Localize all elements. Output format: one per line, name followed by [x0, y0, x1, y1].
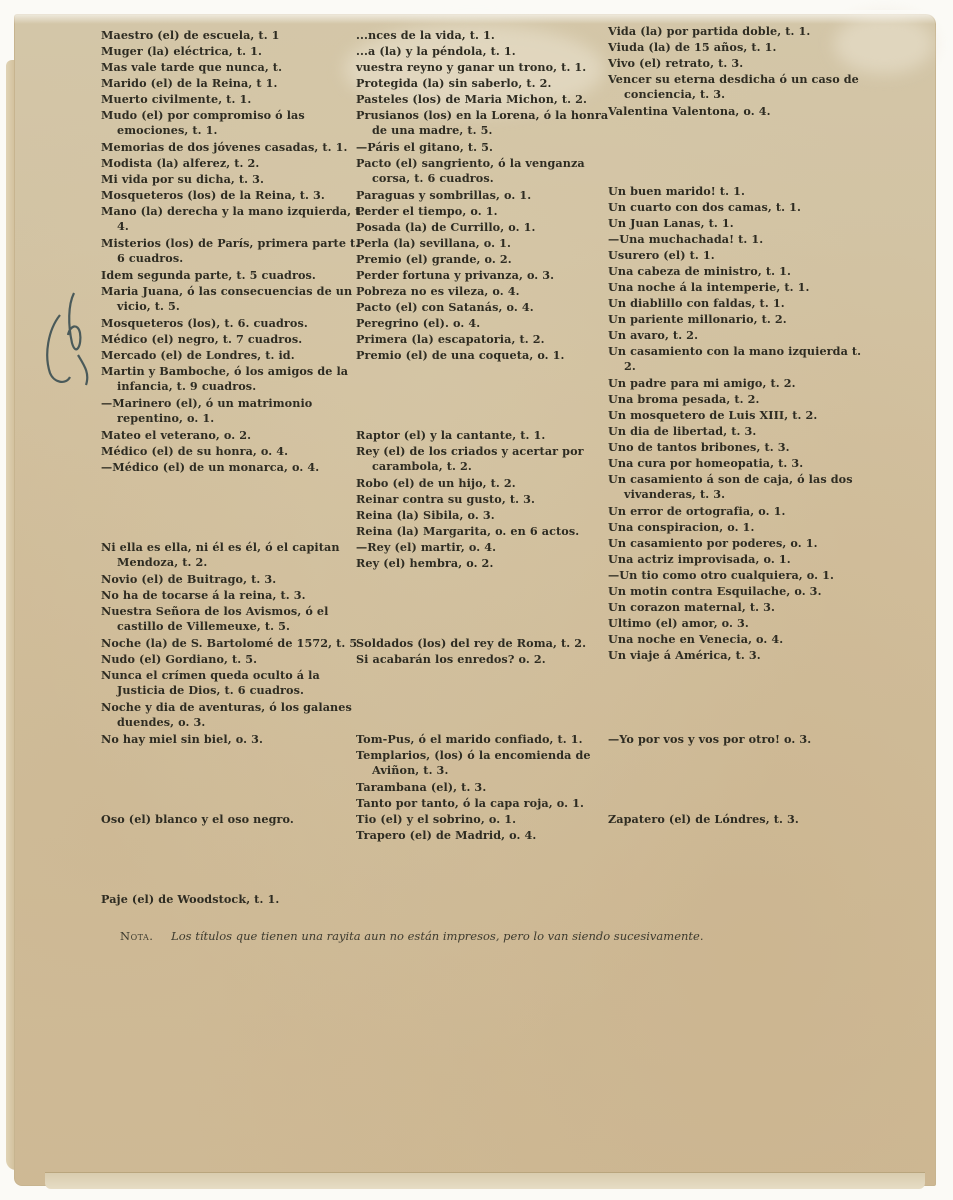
catalogue-entry: Paje (el) de Woodstock, t. 1.: [101, 892, 367, 907]
catalogue-entry: Robo (el) de un hijo, t. 2.: [356, 476, 617, 491]
catalogue-entry: Pacto (el) con Satanás, o. 4.: [356, 300, 617, 315]
catalogue-entry: Maestro (el) de escuela, t. 1: [101, 28, 367, 43]
catalogue-entry: Rey (el) de los criados y acertar por ca…: [356, 444, 617, 474]
catalogue-entry: Premio (el) grande, o. 2.: [356, 252, 617, 267]
catalogue-entry: vuestra reyno y ganar un trono, t. 1.: [356, 60, 617, 75]
catalogue-entry: Pobreza no es vileza, o. 4.: [356, 284, 617, 299]
catalogue-entry: Templarios, (los) ó la encomienda de Avi…: [356, 748, 617, 778]
catalogue-entry: No ha de tocarse á la reina, t. 3.: [101, 588, 367, 603]
catalogue-entry: Una broma pesada, t. 2.: [608, 392, 869, 407]
catalogue-entry: Tom-Pus, ó el marido confiado, t. 1.: [356, 732, 617, 747]
catalogue-entry: Un dia de libertad, t. 3.: [608, 424, 869, 439]
catalogue-entry: Reinar contra su gusto, t. 3.: [356, 492, 617, 507]
catalogue-entry: Martin y Bamboche, ó los amigos de la in…: [101, 364, 367, 394]
catalogue-entry: —Rey (el) martir, o. 4.: [356, 540, 617, 555]
catalogue-entry: —Un tio como otro cualquiera, o. 1.: [608, 568, 869, 583]
handwritten-number-mark: [38, 285, 98, 395]
catalogue-entry: Nunca el crímen queda oculto á la Justic…: [101, 668, 367, 698]
catalogue-entry: Médico (el) negro, t. 7 cuadros.: [101, 332, 367, 347]
catalogue-entry: Un cuarto con dos camas, t. 1.: [608, 200, 869, 215]
catalogue-entry: Nuestra Señora de los Avismos, ó el cast…: [101, 604, 367, 634]
catalogue-entry: Misterios (los) de París, primera parte …: [101, 236, 367, 266]
footnote: Nota. Los títulos que tienen una rayita …: [120, 929, 820, 943]
catalogue-entry: Tanto por tanto, ó la capa roja, o. 1.: [356, 796, 617, 811]
catalogue-entry: Una cura por homeopatia, t. 3.: [608, 456, 869, 471]
catalogue-entry: —Yo por vos y vos por otro! o. 3.: [608, 732, 869, 747]
catalogue-entry: Memorias de dos jóvenes casadas, t. 1.: [101, 140, 367, 155]
catalogue-entry: Modista (la) alferez, t. 2.: [101, 156, 367, 171]
catalogue-entry: Ni ella es ella, ni él es él, ó el capit…: [101, 540, 367, 570]
catalogue-entry: Tarambana (el), t. 3.: [356, 780, 617, 795]
catalogue-entry: ...a (la) y la péndola, t. 1.: [356, 44, 617, 59]
catalogue-entry: —Una muchachada! t. 1.: [608, 232, 869, 247]
catalogue-entry: Mi vida por su dicha, t. 3.: [101, 172, 367, 187]
catalogue-entry: Mano (la) derecha y la mano izquierda, t…: [101, 204, 367, 234]
catalogue-entry: Un casamiento á son de caja, ó las dos v…: [608, 472, 869, 502]
catalogue-entry: Mateo el veterano, o. 2.: [101, 428, 367, 443]
catalogue-entry: Un mosquetero de Luis XIII, t. 2.: [608, 408, 869, 423]
catalogue-entry: —Páris el gitano, t. 5.: [356, 140, 617, 155]
catalogue-entry: Un Juan Lanas, t. 1.: [608, 216, 869, 231]
catalogue-entry: Marido (el) de la Reina, t 1.: [101, 76, 367, 91]
catalogue-entry: Primera (la) escapatoria, t. 2.: [356, 332, 617, 347]
catalogue-entry: Vencer su eterna desdicha ó un caso de c…: [608, 72, 869, 102]
catalogue-entry: Zapatero (el) de Lóndres, t. 3.: [608, 812, 869, 827]
catalogue-entry: Usurero (el) t. 1.: [608, 248, 869, 263]
catalogue-entry: Mosqueteros (los) de la Reina, t. 3.: [101, 188, 367, 203]
catalogue-entry: Vida (la) por partida doble, t. 1.: [608, 24, 869, 39]
footnote-text: Los títulos que tienen una rayita aun no…: [171, 929, 703, 943]
catalogue-entry: —Médico (el) de un monarca, o. 4.: [101, 460, 367, 475]
catalogue-entry: Soldados (los) del rey de Roma, t. 2.: [356, 636, 617, 651]
catalogue-entry: Tio (el) y el sobrino, o. 1.: [356, 812, 617, 827]
catalogue-entry: Maria Juana, ó las consecuencias de un v…: [101, 284, 367, 314]
catalogue-entry: Una conspiracion, o. 1.: [608, 520, 869, 535]
paper-bottom-fold: [45, 1172, 925, 1189]
catalogue-entry: Un padre para mi amigo, t. 2.: [608, 376, 869, 391]
catalogue-entry: Oso (el) blanco y el oso negro.: [101, 812, 367, 827]
catalogue-entry: Un error de ortografia, o. 1.: [608, 504, 869, 519]
catalogue-entry: Mudo (el) por compromiso ó las emociones…: [101, 108, 367, 138]
catalogue-entry: Un casamiento con la mano izquierda t. 2…: [608, 344, 869, 374]
catalogue-entry: Paraguas y sombrillas, o. 1.: [356, 188, 617, 203]
catalogue-entry: Un corazon maternal, t. 3.: [608, 600, 869, 615]
catalogue-entry: Perder el tiempo, o. 1.: [356, 204, 617, 219]
catalogue-entry: Protegida (la) sin saberlo, t. 2.: [356, 76, 617, 91]
catalogue-entry: Una noche en Venecia, o. 4.: [608, 632, 869, 647]
catalogue-entry: Muger (la) eléctrica, t. 1.: [101, 44, 367, 59]
catalogue-entry: Perla (la) sevillana, o. 1.: [356, 236, 617, 251]
footnote-label: Nota.: [120, 929, 153, 943]
catalogue-entry: Nudo (el) Gordiano, t. 5.: [101, 652, 367, 667]
catalogue-entry: Un avaro, t. 2.: [608, 328, 869, 343]
catalogue-entry: Un pariente millonario, t. 2.: [608, 312, 869, 327]
catalogue-entry: Una actriz improvisada, o. 1.: [608, 552, 869, 567]
catalogue-entry: Rey (el) hembra, o. 2.: [356, 556, 617, 571]
catalogue-entry: Pasteles (los) de Maria Michon, t. 2.: [356, 92, 617, 107]
catalogue-entry: Mas vale tarde que nunca, t.: [101, 60, 367, 75]
catalogue-entry: ...nces de la vida, t. 1.: [356, 28, 617, 43]
catalogue-entry: Noche (la) de S. Bartolomé de 1572, t. 5: [101, 636, 367, 651]
catalogue-entry: Mercado (el) de Londres, t. id.: [101, 348, 367, 363]
catalogue-entry: Idem segunda parte, t. 5 cuadros.: [101, 268, 367, 283]
catalogue-entry: Un motin contra Esquilache, o. 3.: [608, 584, 869, 599]
catalogue-entry: Un buen marido! t. 1.: [608, 184, 869, 199]
catalogue-entry: Raptor (el) y la cantante, t. 1.: [356, 428, 617, 443]
catalogue-entry: Reina (la) Margarita, o. en 6 actos.: [356, 524, 617, 539]
catalogue-entry: Uno de tantos bribones, t. 3.: [608, 440, 869, 455]
catalogue-entry: Muerto civilmente, t. 1.: [101, 92, 367, 107]
catalogue-entry: Trapero (el) de Madrid, o. 4.: [356, 828, 617, 843]
catalogue-entry: Una cabeza de ministro, t. 1.: [608, 264, 869, 279]
catalogue-entry: Noche y dia de aventuras, ó los galanes …: [101, 700, 367, 730]
catalogue-entry: Una noche á la intemperie, t. 1.: [608, 280, 869, 295]
catalogue-entry: Un diablillo con faldas, t. 1.: [608, 296, 869, 311]
catalogue-entry: Prusianos (los) en la Lorena, ó la honra…: [356, 108, 617, 138]
catalogue-entry: Viuda (la) de 15 años, t. 1.: [608, 40, 869, 55]
paper-torn-top-edge: [14, 10, 936, 24]
catalogue-entry: Perder fortuna y privanza, o. 3.: [356, 268, 617, 283]
catalogue-entry: No hay miel sin biel, o. 3.: [101, 732, 367, 747]
catalogue-entry: Valentina Valentona, o. 4.: [608, 104, 869, 119]
catalogue-entry: Premio (el) de una coqueta, o. 1.: [356, 348, 617, 363]
catalogue-entry: Vivo (el) retrato, t. 3.: [608, 56, 869, 71]
catalogue-entry: Mosqueteros (los), t. 6. cuadros.: [101, 316, 367, 331]
catalogue-entry: Reina (la) Sibila, o. 3.: [356, 508, 617, 523]
catalogue-entry: Un casamiento por poderes, o. 1.: [608, 536, 869, 551]
catalogue-entry: Posada (la) de Currillo, o. 1.: [356, 220, 617, 235]
catalogue-entry: Peregrino (el). o. 4.: [356, 316, 617, 331]
catalogue-entry: —Marinero (el), ó un matrimonio repentin…: [101, 396, 367, 426]
catalogue-entry: Ultimo (el) amor, o. 3.: [608, 616, 869, 631]
catalogue-entry: Médico (el) de su honra, o. 4.: [101, 444, 367, 459]
catalogue-entry: Novio (el) de Buitrago, t. 3.: [101, 572, 367, 587]
catalogue-entry: Pacto (el) sangriento, ó la venganza cor…: [356, 156, 617, 186]
catalogue-entry: Si acabarán los enredos? o. 2.: [356, 652, 617, 667]
catalogue-entry: Un viaje á América, t. 3.: [608, 648, 869, 663]
